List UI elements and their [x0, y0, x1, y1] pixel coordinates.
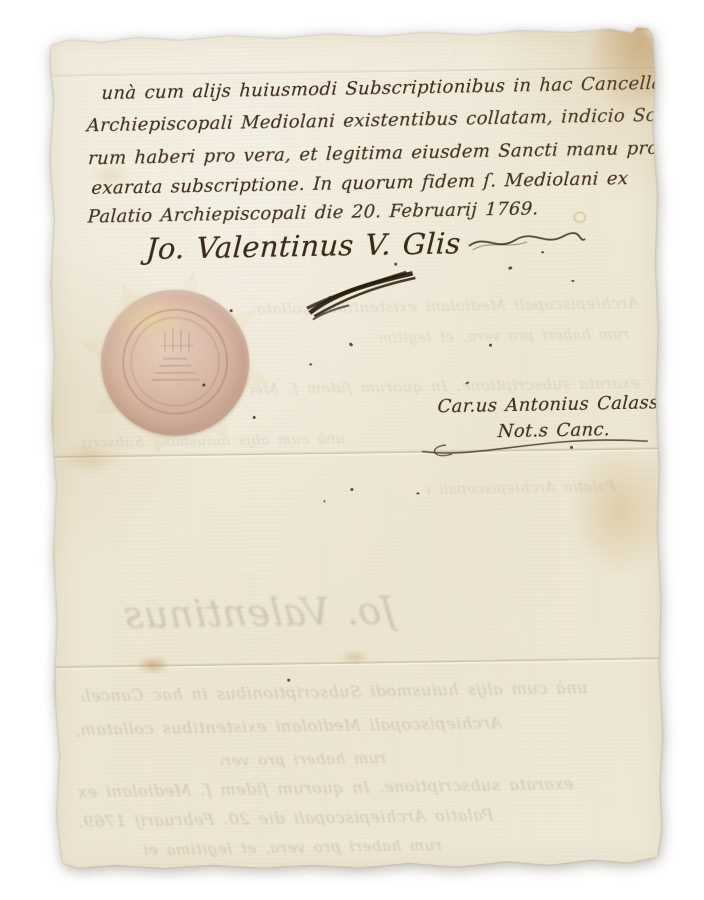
ink-ring-spot — [574, 212, 586, 223]
show-through-line: Palatio Archiepiscopali die 20. Februari… — [425, 479, 616, 498]
seal-emboss-motif — [115, 301, 236, 422]
ink-speck — [394, 263, 397, 266]
show-through-line: exarata subscriptione. In quorum fidem ſ… — [76, 774, 574, 801]
paper-sheet: Archiepiscopali Mediolani existentibus c… — [46, 27, 666, 874]
countersign-underline-swash — [418, 431, 653, 461]
fold-crease-lower — [52, 656, 664, 670]
ink-speck — [350, 488, 353, 491]
show-through-line: unà cum alijs huiusmodi Subscriptionibus… — [79, 431, 345, 451]
body-text-line-3: rum haberi pro vera, et legitima eiusdem… — [88, 137, 698, 169]
crease-spot — [136, 656, 170, 674]
show-through-line: Palatio Archiepiscopali die 20. Februari… — [77, 805, 494, 831]
corner-stain — [586, 21, 661, 118]
ink-speck — [416, 492, 419, 494]
ink-speck — [323, 500, 325, 502]
photo-background: Archiepiscopali Mediolani existentibus c… — [0, 0, 704, 900]
show-through-line: Archiepiscopali Mediolani existentibus c… — [76, 713, 503, 739]
show-through-signature: Jo. Valentinus V. Glis — [105, 589, 399, 638]
ink-speck — [287, 679, 290, 682]
right-edge-stain — [572, 445, 669, 574]
body-text-line-1: unà cum alijs huiusmodi Subscriptionibus… — [101, 72, 689, 104]
ink-speck — [309, 363, 312, 365]
ink-speck — [348, 342, 353, 347]
body-text-line-4: exarata subscriptione. In quorum fidem ſ… — [91, 168, 629, 199]
signature-row: Jo. Valentinus V. Glis — [145, 224, 587, 266]
show-through-line: rum haberi pro vera, et legitima eiusdem… — [220, 749, 387, 770]
show-through-line: unà cum alijs huiusmodi Subscriptionibus… — [82, 678, 589, 705]
ink-speck — [508, 266, 513, 270]
ink-speck — [253, 416, 256, 419]
crease-spot-2 — [340, 650, 370, 664]
show-through-line: rum haberi pro vera, et legitima eiusdem… — [141, 836, 443, 859]
manuscript-page: Archiepiscopali Mediolani existentibus c… — [46, 27, 666, 874]
signature-text: Jo. Valentinus V. Glis — [145, 226, 461, 266]
body-text-line-2: Archiepiscopali Mediolani existentibus c… — [86, 104, 704, 137]
signature-tail-flourish — [466, 228, 587, 256]
wax-seal — [100, 289, 249, 436]
ink-speck — [571, 280, 574, 282]
show-through-line: rum haberi pro vera, et legitima eiusdem… — [378, 327, 629, 347]
countersign-name: Car.us Antonius Calassus — [437, 392, 681, 417]
body-text-line-5: Palatio Archiepiscopali die 20. Februari… — [87, 198, 539, 227]
